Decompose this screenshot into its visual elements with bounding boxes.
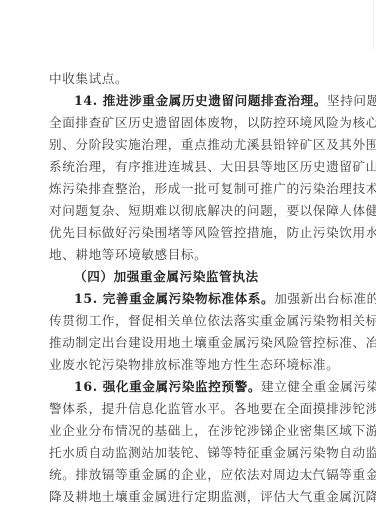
text-line: 托水质自动监测站加装铊、锑等特征重金属污染物自动监测系 — [49, 442, 333, 464]
line-text: 托水质自动监测站加装铊、锑等特征重金属污染物自动监测系 — [49, 445, 376, 460]
text-line: 别、分阶段实施治理，重点推动尤溪县铅锌矿区及其外围污染 — [49, 134, 333, 156]
text-line: 推动制定出台建设用地土壤重金属污染风险管控标准、冶金工 — [49, 332, 333, 354]
page-number: － 11 － — [286, 468, 337, 483]
line-text: 别、分阶段实施治理，重点推动尤溪县铅锌矿区及其外围污染 — [49, 137, 376, 152]
text-line: 降及耕地土壤重金属进行定期监测，评估大气重金属沉降造成 — [49, 486, 333, 508]
text-line: 炼污染排查整治，形成一批可复制可推广的污染治理技术模式。 — [49, 178, 333, 200]
line-text: 中收集试点。 — [49, 71, 128, 86]
section-title: （四）加强重金属污染监管执法 — [74, 269, 259, 284]
text-line: 全面排查矿区历史遗留固体废物，以防控环境风险为核心分类 — [49, 112, 333, 134]
item-15-heading: 15. 完善重金属污染物标准体系。加强新出台标准的实施宣 — [49, 288, 333, 310]
item-title: 16. 强化重金属污染监控预警。 — [74, 379, 261, 394]
text-line: 中收集试点。 — [49, 68, 333, 90]
document-page: 中收集试点。 14. 推进涉重金属历史遗留问题排查治理。坚持问题导向， 全面排查… — [0, 0, 376, 532]
line-text: 业废水铊污染物排放标准等地方性生态环境标准。 — [49, 357, 339, 372]
line-text: 系统治理，有序推进连城县、大田县等地区历史遗留矿山、冶 — [49, 159, 376, 174]
text-line: 地、耕地等环境敏感目标。 — [49, 244, 333, 266]
text-line: 传贯彻工作，督促相关单位依法落实重金属污染物相关标准。 — [49, 310, 333, 332]
text-line: 警体系，提升信息化监管水平。各地要在全面摸排涉铊涉锑行 — [49, 398, 333, 420]
line-text: 炼污染排查整治，形成一批可复制可推广的污染治理技术模式。 — [49, 181, 376, 196]
line-text: 加强新出台标准的实施宣 — [274, 291, 376, 306]
line-text: 推动制定出台建设用地土壤重金属污染风险管控标准、冶金工 — [49, 335, 376, 350]
line-text: 建立健全重金属污染监控预 — [261, 379, 376, 394]
text-line: 对问题复杂、短期难以彻底解决的问题，要以保障人体健康为 — [49, 200, 333, 222]
line-text: 传贯彻工作，督促相关单位依法落实重金属污染物相关标准。 — [49, 313, 376, 328]
line-text: 降及耕地土壤重金属进行定期监测，评估大气重金属沉降造成 — [49, 489, 376, 504]
text-line: 业废水铊污染物排放标准等地方性生态环境标准。 — [49, 354, 333, 376]
document-body: 中收集试点。 14. 推进涉重金属历史遗留问题排查治理。坚持问题导向， 全面排查… — [49, 68, 333, 508]
line-text: 优先目标做好污染围堵等风险管控措施，防止污染饮用水水源 — [49, 225, 376, 240]
line-text: 全面排查矿区历史遗留固体废物，以防控环境风险为核心分类 — [49, 115, 376, 130]
item-14-heading: 14. 推进涉重金属历史遗留问题排查治理。坚持问题导向， — [49, 90, 333, 112]
line-text: 对问题复杂、短期难以彻底解决的问题，要以保障人体健康为 — [49, 203, 376, 218]
item-16-heading: 16. 强化重金属污染监控预警。建立健全重金属污染监控预 — [49, 376, 333, 398]
section-heading: （四）加强重金属污染监管执法 — [49, 266, 333, 288]
item-title: 14. 推进涉重金属历史遗留问题排查治理。 — [74, 93, 327, 108]
text-line: 优先目标做好污染围堵等风险管控措施，防止污染饮用水水源 — [49, 222, 333, 244]
line-text: 地、耕地等环境敏感目标。 — [49, 247, 207, 262]
item-title: 15. 完善重金属污染物标准体系。 — [74, 291, 274, 306]
line-text: 警体系，提升信息化监管水平。各地要在全面摸排涉铊涉锑行 — [49, 401, 376, 416]
line-text: 坚持问题导向， — [327, 93, 376, 108]
text-line: 系统治理，有序推进连城县、大田县等地区历史遗留矿山、冶 — [49, 156, 333, 178]
text-line: 业企业分布情况的基础上，在涉铊涉锑企业密集区域下游，依 — [49, 420, 333, 442]
line-text: 业企业分布情况的基础上，在涉铊涉锑企业密集区域下游，依 — [49, 423, 376, 438]
page-edge — [373, 0, 374, 50]
